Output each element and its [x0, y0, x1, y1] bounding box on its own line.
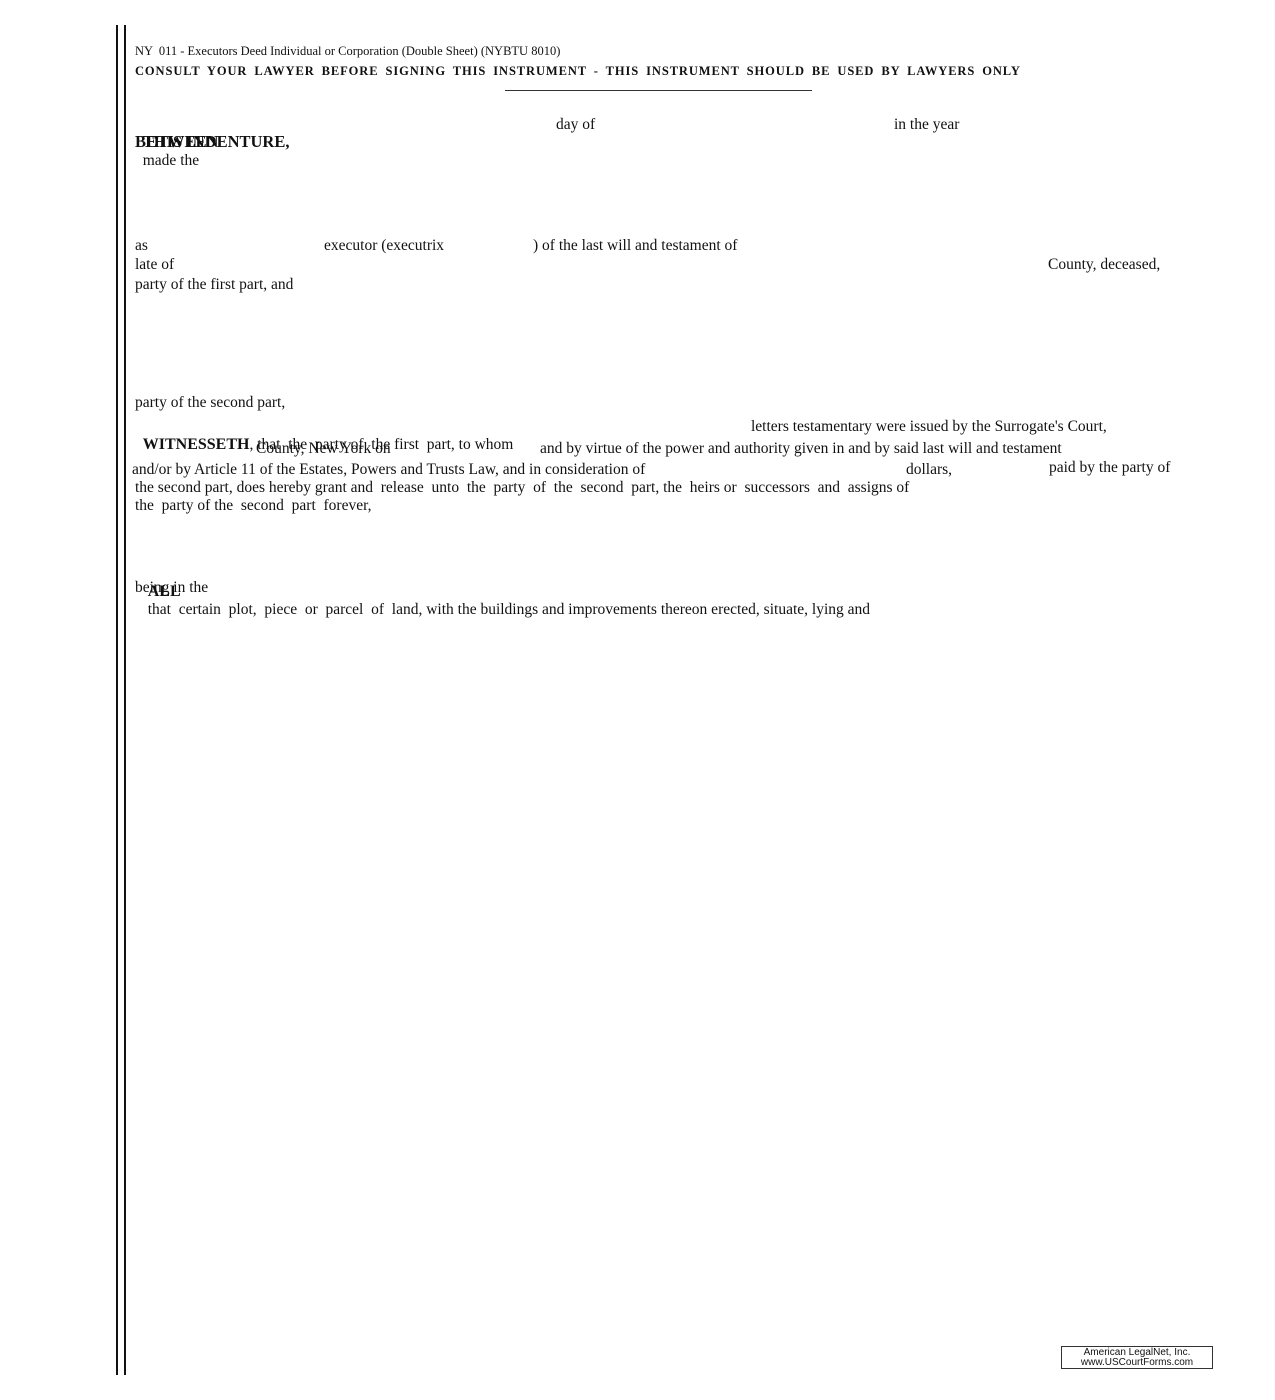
witnesseth-text-5: the party of the second part forever,: [135, 497, 372, 515]
header-separator: [505, 90, 812, 91]
witnesseth-text-3a: and/or by Article 11 of the Estates, Pow…: [132, 461, 645, 479]
county-deceased-text: County, deceased,: [1048, 256, 1160, 274]
witnesseth-text-3b: dollars,: [906, 461, 952, 479]
publisher-website: www.USCourtForms.com: [1062, 1358, 1212, 1368]
between-label: BETWEEN: [135, 133, 218, 151]
left-margin-line-outer: [116, 25, 118, 1375]
in-the-year-text: in the year: [894, 116, 959, 134]
witnesseth-text-2a: County, New York on: [256, 440, 391, 458]
witnesseth-text-4: the second part, does hereby grant and r…: [135, 479, 909, 497]
lawyer-warning: CONSULT YOUR LAWYER BEFORE SIGNING THIS …: [135, 62, 1021, 80]
witnesseth-label: WITNESSETH: [143, 436, 250, 453]
as-text: as: [135, 237, 148, 255]
executor-text: executor (executrix: [324, 237, 444, 255]
all-clause-text-2: being in the: [135, 579, 208, 597]
witnesseth-text-2b: and by virtue of the power and authority…: [540, 440, 1062, 458]
publisher-footer: American LegalNet, Inc. www.USCourtForms…: [1061, 1346, 1213, 1369]
form-id: NY 011 - Executors Deed Individual or Co…: [135, 42, 560, 60]
late-of-text: late of: [135, 256, 174, 274]
last-will-text: ) of the last will and testament of: [533, 237, 737, 255]
witnesseth-text-1b: letters testamentary were issued by the …: [751, 418, 1107, 436]
day-of-text: day of: [556, 116, 595, 134]
all-clause-text-1: that certain plot, piece or parcel of la…: [148, 601, 870, 618]
party-second-part-text: party of the second part,: [135, 394, 285, 412]
party-first-part-text: party of the first part, and: [135, 276, 293, 294]
all-clause-line-1: ALL that certain plot, piece or parcel o…: [140, 565, 870, 619]
witnesseth-text-3c: paid by the party of: [1049, 459, 1170, 477]
left-margin-line-inner: [124, 25, 126, 1375]
made-the-text: made the: [143, 152, 199, 169]
